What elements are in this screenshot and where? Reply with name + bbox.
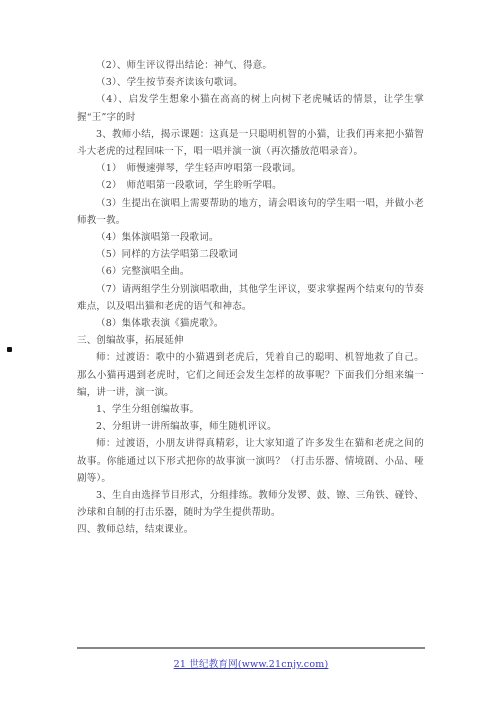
paragraph: 3、生自由选择节目形式，分组排练。教师分发锣、鼓、镲、三角铁、碰铃、沙球和自制的… — [77, 487, 424, 521]
paragraph: 师：过渡语：歌中的小猫遇到老虎后，凭着自己的聪明、机智地救了自己。那么小猫再遇到… — [77, 349, 424, 401]
paragraph: 1、学生分组创编故事。 — [77, 401, 424, 418]
margin-bullet-dot — [7, 347, 12, 352]
paragraph: 3、教师小结，揭示课题：这真是一只聪明机智的小猫，让我们再来把小猫智斗大老虎的过… — [77, 126, 424, 160]
footer-site-link[interactable]: 21 世纪教育网(www.21cnjy.com) — [174, 659, 329, 670]
paragraph: （5）同样的方法学唱第二段歌词 — [77, 246, 424, 263]
paragraph: （2） 师范唱第一段歌词，学生聆听学唱。 — [77, 177, 424, 194]
paragraph: （6）完整演唱全曲。 — [77, 263, 424, 280]
document-page: （2）、师生评议得出结论：神气、得意。（3）、学生按节奏齐读该句歌词。（4）、启… — [0, 0, 500, 707]
paragraph: 2、分组讲一讲所编故事，师生随机评议。 — [77, 418, 424, 435]
page-footer: 21 世纪教育网(www.21cnjy.com) — [77, 647, 425, 671]
paragraph: （1） 师慢速弹琴，学生轻声哼唱第一段歌词。 — [77, 160, 424, 177]
document-body: （2）、师生评议得出结论：神气、得意。（3）、学生按节奏齐读该句歌词。（4）、启… — [77, 57, 424, 539]
paragraph: 师：过渡语，小朋友讲得真精彩，让大家知道了许多发生在猫和老虎之间的故事。你能通过… — [77, 435, 424, 487]
paragraph: （2）、师生评议得出结论：神气、得意。 — [77, 57, 424, 74]
paragraph: （4）集体演唱第一段歌词。 — [77, 229, 424, 246]
paragraph: （4）、启发学生想象小猫在高高的树上向树下老虎喊话的情景，让学生掌握“王”字的时 — [77, 91, 424, 125]
paragraph: （3）生提出在演唱上需要帮助的地方，请会唱该句的学生唱一唱，并做小老师教一教。 — [77, 195, 424, 229]
paragraph: （8）集体歌表演《猫虎歌》。 — [77, 315, 424, 332]
paragraph: （3）、学生按节奏齐读该句歌词。 — [77, 74, 424, 91]
paragraph: （7）请两组学生分别演唱歌曲，其他学生评议，要求掌握两个结束句的节奏难点，以及唱… — [77, 281, 424, 315]
paragraph: 四、教师总结，结束课业。 — [77, 521, 424, 538]
paragraph: 三、创编故事，拓展延伸 — [77, 332, 424, 349]
